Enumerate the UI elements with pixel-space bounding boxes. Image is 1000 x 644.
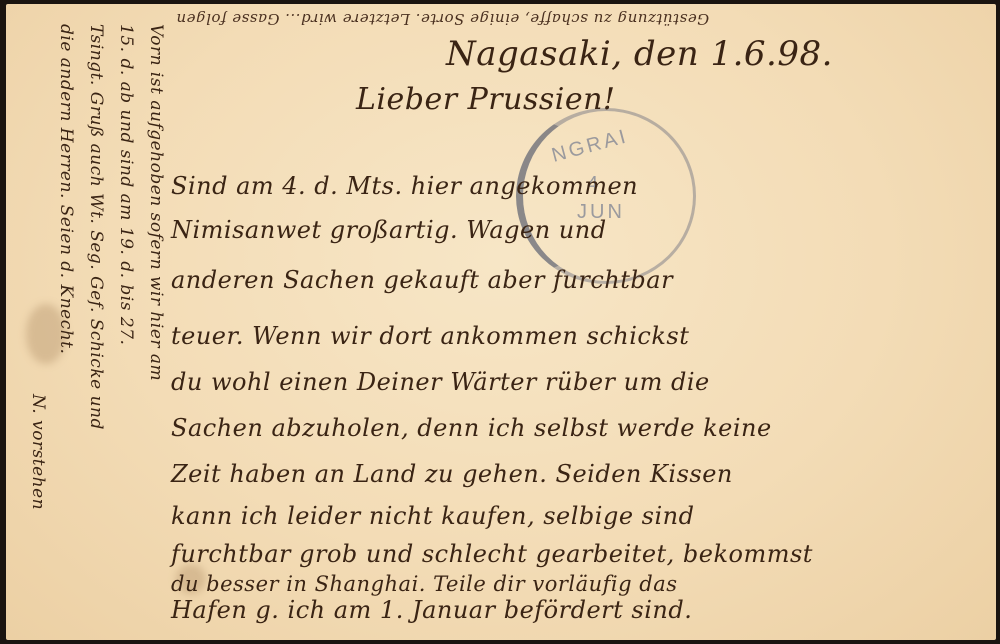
body-line: du besser in Shanghai. Teile dir vorläuf… xyxy=(171,572,678,596)
side-line: Vorn ist aufgehoben sofern wir hier am xyxy=(146,24,166,381)
place-date: Nagasaki, den 1.6.98. xyxy=(446,34,833,74)
body-line: teuer. Wenn wir dort ankommen schickst xyxy=(171,322,689,350)
side-line: N. vorstehen xyxy=(28,394,48,510)
body-line: Zeit haben an Land zu gehen. Seiden Kiss… xyxy=(171,460,733,488)
body-line: anderen Sachen gekauft aber furchtbar xyxy=(171,266,673,294)
body-line: kann ich leider nicht kaufen, selbige si… xyxy=(171,502,694,530)
side-line: die andern Herren. Seien d. Knecht. xyxy=(56,24,76,354)
side-line: 15. d. ab und sind am 19. d. bis 27. xyxy=(116,24,136,345)
greeting: Lieber Prussien! xyxy=(356,82,615,117)
postcard: NGRAI 4 JUN Gestützung zu schaffe, einig… xyxy=(6,4,996,640)
body-line: du wohl einen Deiner Wärter rüber um die xyxy=(171,368,710,396)
body-line: Hafen g. ich am 1. Januar befördert sind… xyxy=(171,596,692,624)
body-line: Nimisanwet großartig. Wagen und xyxy=(171,216,607,244)
body-line: Sachen abzuholen, denn ich selbst werde … xyxy=(171,414,772,442)
side-line: Tsingt. Gruß auch Wt. Seg. Gef. Schicke … xyxy=(86,24,106,430)
body-line: Sind am 4. d. Mts. hier angekommen xyxy=(171,172,638,200)
body-line: furchtbar grob und schlecht gearbeitet, … xyxy=(171,540,813,568)
postmark-text: NGRAI xyxy=(549,125,631,167)
upside-down-header: Gestützung zu schaffe, einige Sorte. Let… xyxy=(176,10,709,28)
